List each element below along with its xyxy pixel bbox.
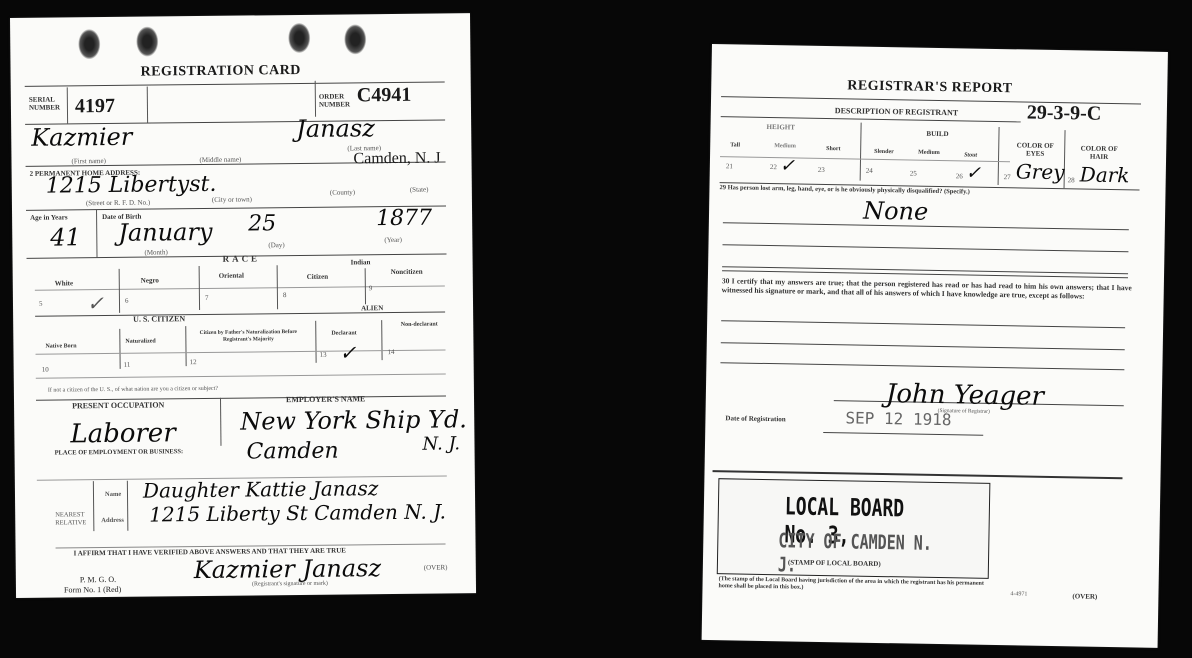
- last-name: Janasz: [296, 114, 375, 143]
- citizen-col-declarant: Declarant: [331, 330, 356, 336]
- employer-label: EMPLOYER'S NAME: [286, 394, 365, 404]
- dob-year: 1877: [376, 206, 432, 232]
- serial-number-label: SERIAL NUMBER: [29, 95, 65, 111]
- citizen-col-by-father: Citizen by Father's Naturalization Befor…: [193, 329, 303, 344]
- indian-label: Indian: [351, 258, 371, 266]
- answer-29: None: [863, 197, 929, 226]
- stamp-line-2: CITY OF CAMDEN N. J.: [778, 528, 936, 579]
- signature-label: (Registrant's signature or mark): [252, 581, 328, 588]
- race-col-citizen: Citizen: [307, 273, 328, 281]
- address-street: 1215 Libertyst.: [46, 172, 217, 199]
- employment-state: N. J.: [422, 433, 460, 454]
- registrant-signature: Kazmier Janasz: [194, 554, 382, 584]
- height-label: HEIGHT: [766, 123, 795, 131]
- punch-hole-icon: [136, 26, 158, 56]
- dob-day: 25: [248, 211, 276, 236]
- race-col-negro: Negro: [141, 276, 159, 284]
- over-label: (OVER): [424, 563, 448, 571]
- certify-statement: 30 I certify that my answers are true; t…: [722, 276, 1132, 301]
- registrar-signature: John Yeager: [886, 379, 1045, 412]
- stamp-caption: (STAMP OF LOCAL BOARD): [788, 558, 881, 568]
- report-title: REGISTRAR'S REPORT: [847, 78, 1013, 97]
- serial-number: 4197: [75, 95, 115, 118]
- build-col-medium: Medium: [918, 150, 940, 156]
- present-occupation-label: PRESENT OCCUPATION: [72, 400, 164, 410]
- height-col-tall: Tall: [730, 142, 740, 148]
- order-number-label: ORDER NUMBER: [319, 92, 355, 108]
- declarant-checkmark: ✓: [339, 340, 356, 364]
- form-line-1: P. M. G. O.: [80, 575, 116, 584]
- age-value: 41: [50, 223, 81, 251]
- us-citizen-label: U. S. CITIZEN: [133, 314, 185, 324]
- race-col-white: White: [55, 279, 73, 287]
- employment-place: Camden: [246, 439, 338, 465]
- relative-name: Daughter Kattie Janasz: [143, 476, 379, 502]
- punch-hole-icon: [78, 29, 100, 59]
- card-title: REGISTRATION CARD: [140, 63, 300, 81]
- first-name: Kazmier: [31, 123, 132, 152]
- city-label: (City or town): [212, 195, 252, 203]
- registrars-report-card: REGISTRAR'S REPORT DESCRIPTION OF REGIST…: [702, 44, 1168, 648]
- eyes-label: COLOR OF EYES: [1010, 141, 1060, 158]
- over-label: (OVER): [1072, 592, 1097, 600]
- height-medium-checkmark: ✓: [780, 155, 795, 176]
- build-stout-checkmark: ✓: [966, 162, 981, 183]
- local-board-stamp-box: LOCAL BOARD No. 3, CITY OF CAMDEN N. J. …: [717, 478, 991, 579]
- dob-month: January: [118, 218, 212, 247]
- date-of-registration-label: Date of Registration: [725, 414, 785, 423]
- nation-question: If not a citizen of the U. S., of what n…: [48, 386, 218, 394]
- relative-address-label: Address: [101, 517, 124, 524]
- year-label: (Year): [384, 236, 402, 244]
- address-city: Camden, N. J: [353, 149, 440, 168]
- form-code: 4-4971: [1010, 591, 1027, 597]
- form-line-2: Form No. 1 (Red): [64, 585, 121, 595]
- age-label: Age in Years: [30, 213, 68, 221]
- eye-color: Grey: [1016, 159, 1065, 184]
- build-col-stout: Stout: [964, 152, 977, 158]
- employer-value: New York Ship Yd.: [240, 405, 467, 435]
- race-col-oriental: Oriental: [219, 272, 244, 280]
- description-label: DESCRIPTION OF REGISTRANT: [835, 106, 958, 117]
- relative-address: 1215 Liberty St Camden N. J.: [149, 499, 446, 526]
- race-col-noncitizen: Noncitizen: [391, 268, 423, 276]
- punch-hole-icon: [344, 24, 366, 54]
- registrant-code: 29-3-9-C: [1027, 102, 1102, 126]
- citizen-col-naturalized: Naturalized: [125, 338, 155, 344]
- citizen-col-native: Native Born: [45, 343, 76, 349]
- build-col-slender: Slender: [874, 149, 894, 155]
- day-label: (Day): [268, 241, 284, 249]
- month-label: (Month): [144, 248, 167, 256]
- race-label: RACE: [222, 253, 260, 263]
- hair-color: Dark: [1080, 162, 1130, 187]
- relative-name-label: Name: [105, 491, 121, 498]
- build-label: BUILD: [926, 130, 948, 138]
- height-col-short: Short: [826, 146, 840, 152]
- date-of-registration-stamp: SEP 12 1918: [845, 408, 951, 429]
- stamp-note: (The stamp of the Local Board having jur…: [718, 576, 988, 595]
- height-col-medium: Medium: [774, 143, 796, 149]
- nearest-relative-label: NEAREST RELATIVE: [55, 511, 89, 527]
- street-label: (Street or R. F. D. No.): [86, 199, 150, 208]
- registration-card: REGISTRATION CARD SERIAL NUMBER 4197 ORD…: [10, 13, 476, 598]
- occupation-value: Laborer: [70, 418, 176, 449]
- punch-hole-icon: [288, 23, 310, 53]
- hair-label: COLOR OF HAIR: [1074, 144, 1124, 161]
- order-number: C4941: [357, 84, 412, 108]
- place-of-employment-label: PLACE OF EMPLOYMENT OR BUSINESS:: [55, 448, 184, 456]
- alien-label: ALIEN: [361, 304, 383, 312]
- citizen-col-nondeclarant: Non-declarant: [399, 322, 439, 328]
- state-label: (State): [410, 186, 429, 194]
- race-white-checkmark: ✓: [87, 291, 104, 315]
- county-label: (County): [330, 188, 355, 196]
